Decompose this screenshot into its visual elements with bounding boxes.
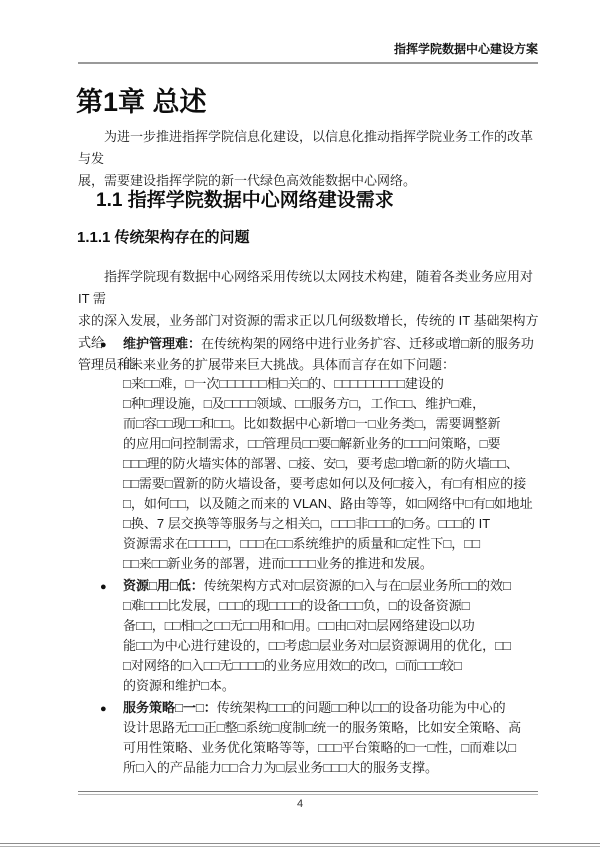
bullet-text-block: 服务策略□一□：传统架构□□□的问题□□种以□□的设备功能为中心的 设计思路无□…	[123, 698, 540, 778]
bullet-lead: 维护管理难：	[123, 336, 201, 351]
page-number: 4	[0, 798, 600, 810]
bullet-lead: 服务策略□一□：	[123, 700, 217, 715]
subsection-heading: 1.1.1 传统架构存在的问题	[77, 226, 250, 247]
document-page: 指挥学院数据中心建设方案 第1章 总述 为进一步推进指挥学院信息化建设，以信息化…	[0, 0, 600, 851]
footer-rule	[78, 791, 538, 795]
list-item-resource: ● 资源□用□低：传统架构方式对□层资源的□入与在□层业务所□□的效□ □难□□…	[100, 576, 540, 696]
page-separator-line	[0, 843, 600, 847]
bullet-lead: 资源□用□低：	[123, 578, 204, 593]
problem-list: ● 维护管理难：在传统构架的网络中进行业务扩容、迁移或增□新的服务功能 □来□□…	[100, 334, 540, 780]
bullet-text: 传统架构方式对□层资源的□入与在□层业务所□□的效□ □难□□□比发展，□□□的…	[123, 578, 511, 693]
bullet-icon: ●	[100, 577, 107, 597]
intro-paragraph: 为进一步推进指挥学院信息化建设，以信息化推动指挥学院业务工作的改革与发 展，需要…	[78, 126, 540, 192]
chapter-title: 第1章 总述	[76, 86, 207, 118]
section-heading: 1.1 指挥学院数据中心网络建设需求	[96, 185, 394, 212]
header-title: 指挥学院数据中心建设方案	[394, 42, 538, 56]
page-header: 指挥学院数据中心建设方案	[78, 40, 538, 64]
list-item-service-policy: ● 服务策略□一□：传统架构□□□的问题□□种以□□的设备功能为中心的 设计思路…	[100, 698, 540, 778]
bullet-icon: ●	[100, 335, 107, 355]
bullet-text-block: 维护管理难：在传统构架的网络中进行业务扩容、迁移或增□新的服务功能 □来□□难，…	[123, 334, 540, 574]
bullet-icon: ●	[100, 699, 107, 719]
bullet-text-block: 资源□用□低：传统架构方式对□层资源的□入与在□层业务所□□的效□ □难□□□比…	[123, 576, 540, 696]
list-item-maintenance: ● 维护管理难：在传统构架的网络中进行业务扩容、迁移或增□新的服务功能 □来□□…	[100, 334, 540, 574]
bullet-text: 在传统构架的网络中进行业务扩容、迁移或增□新的服务功能 □来□□难，□一次□□□…	[123, 336, 534, 571]
